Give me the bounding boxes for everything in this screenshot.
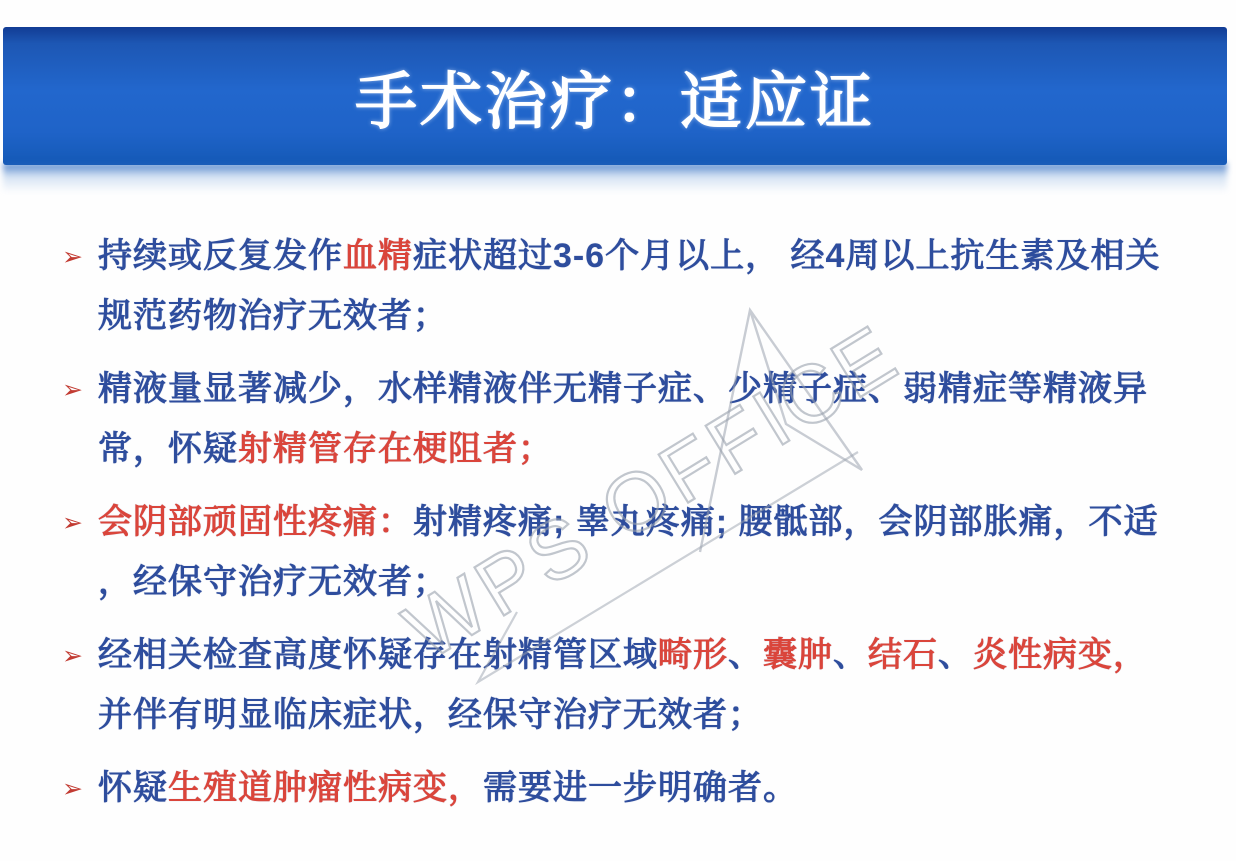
banner-bottom-fade <box>3 163 1227 193</box>
bullet-text: 怀疑生殖道肿瘤性病变，需要进一步明确者。 <box>98 758 798 818</box>
bullet-text: 持续或反复发作血精症状超过3-6个月以上， 经4周以上抗生素及相关规范药物治疗无… <box>98 226 1161 346</box>
bullet-text: 经相关检查高度怀疑存在射精管区域畸形、囊肿、结石、炎性病变，并伴有明显临床症状，… <box>98 625 1148 745</box>
arrow-bullet-icon: ➢ <box>62 227 83 287</box>
page-title: 手术治疗：适应证 <box>355 52 875 141</box>
list-item: ➢经相关检查高度怀疑存在射精管区域畸形、囊肿、结石、炎性病变，并伴有明显临床症状… <box>62 625 1212 745</box>
arrow-bullet-icon: ➢ <box>62 493 83 553</box>
list-item: ➢会阴部顽固性疼痛：射精疼痛; 睾丸疼痛; 腰骶部，会阴部胀痛，不适，经保守治疗… <box>62 492 1212 612</box>
bullet-text: 精液量显著减少，水样精液伴无精子症、少精子症、弱精症等精液异常，怀疑射精管存在梗… <box>98 359 1148 479</box>
list-item: ➢精液量显著减少，水样精液伴无精子症、少精子症、弱精症等精液异常，怀疑射精管存在… <box>62 359 1212 479</box>
bullet-list: ➢持续或反复发作血精症状超过3-6个月以上， 经4周以上抗生素及相关规范药物治疗… <box>62 226 1212 831</box>
arrow-bullet-icon: ➢ <box>62 759 83 819</box>
presentation-slide: 手术治疗：适应证 ➢持续或反复发作血精症状超过3-6个月以上， 经4周以上抗生素… <box>0 0 1236 861</box>
list-item: ➢持续或反复发作血精症状超过3-6个月以上， 经4周以上抗生素及相关规范药物治疗… <box>62 226 1212 346</box>
title-banner: 手术治疗：适应证 <box>3 27 1227 165</box>
arrow-bullet-icon: ➢ <box>62 360 83 420</box>
arrow-bullet-icon: ➢ <box>62 626 83 686</box>
bullet-text: 会阴部顽固性疼痛：射精疼痛; 睾丸疼痛; 腰骶部，会阴部胀痛，不适，经保守治疗无… <box>98 492 1159 612</box>
list-item: ➢怀疑生殖道肿瘤性病变，需要进一步明确者。 <box>62 758 1212 818</box>
